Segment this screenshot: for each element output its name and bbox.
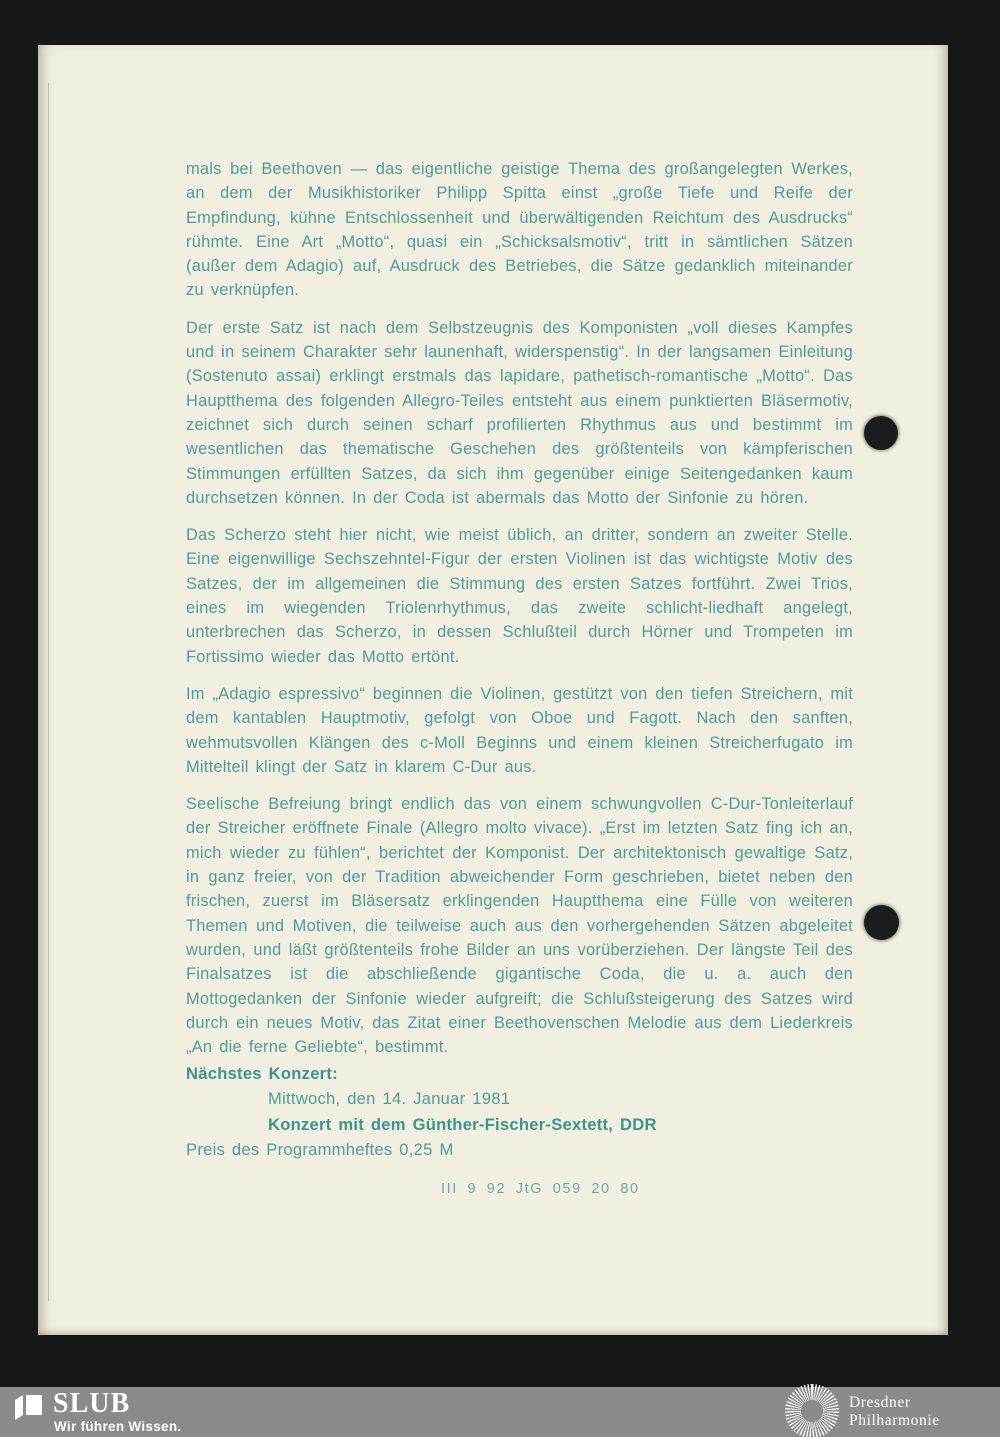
paragraph: Im „Adagio espressivo“ beginnen die Viol…: [186, 682, 853, 779]
philharmonie-sunburst-icon: [785, 1384, 839, 1437]
punch-hole-top: [864, 416, 898, 450]
slub-logo[interactable]: SLUB Wir führen Wissen.: [14, 1390, 254, 1436]
philharmonie-name-line2: Philharmonie: [849, 1412, 940, 1429]
philharmonie-name-line1: Dresdner: [849, 1394, 911, 1411]
punch-hole-bottom: [864, 905, 899, 940]
paragraph: Das Scherzo steht hier nicht, wie meist …: [186, 523, 853, 669]
slub-wordmark: SLUB: [53, 1390, 130, 1418]
philharmonie-logo: Dresdner Philharmonie: [785, 1387, 990, 1437]
next-concert-block: Nächstes Konzert: Mittwoch, den 14. Janu…: [186, 1061, 866, 1163]
paragraph: Der erste Satz ist nach dem Selbstzeugni…: [186, 316, 853, 510]
document-page: mals bei Beethoven — das eigentliche gei…: [38, 45, 948, 1335]
programme-price: Preis des Programmheftes 0,25 M: [186, 1137, 866, 1162]
next-concert-event: Konzert mit dem Günther-Fischer-Sextett,…: [268, 1112, 866, 1137]
page-text: mals bei Beethoven — das eigentliche gei…: [186, 157, 853, 1072]
next-concert-heading: Nächstes Konzert:: [186, 1061, 866, 1086]
philharmonie-name: Dresdner Philharmonie: [849, 1394, 940, 1430]
next-concert-date: Mittwoch, den 14. Januar 1981: [268, 1086, 866, 1111]
print-code: III 9 92 JtG 059 20 80: [441, 1181, 640, 1197]
slub-tagline: Wir führen Wissen.: [54, 1419, 181, 1434]
footer-bar: SLUB Wir führen Wissen. Dresdner Philhar…: [0, 1387, 1000, 1437]
paragraph: Seelische Befreiung bringt endlich das v…: [186, 792, 853, 1059]
page-fold-line: [48, 83, 49, 1301]
slub-book-icon: [14, 1394, 44, 1425]
paragraph: mals bei Beethoven — das eigentliche gei…: [186, 157, 853, 303]
